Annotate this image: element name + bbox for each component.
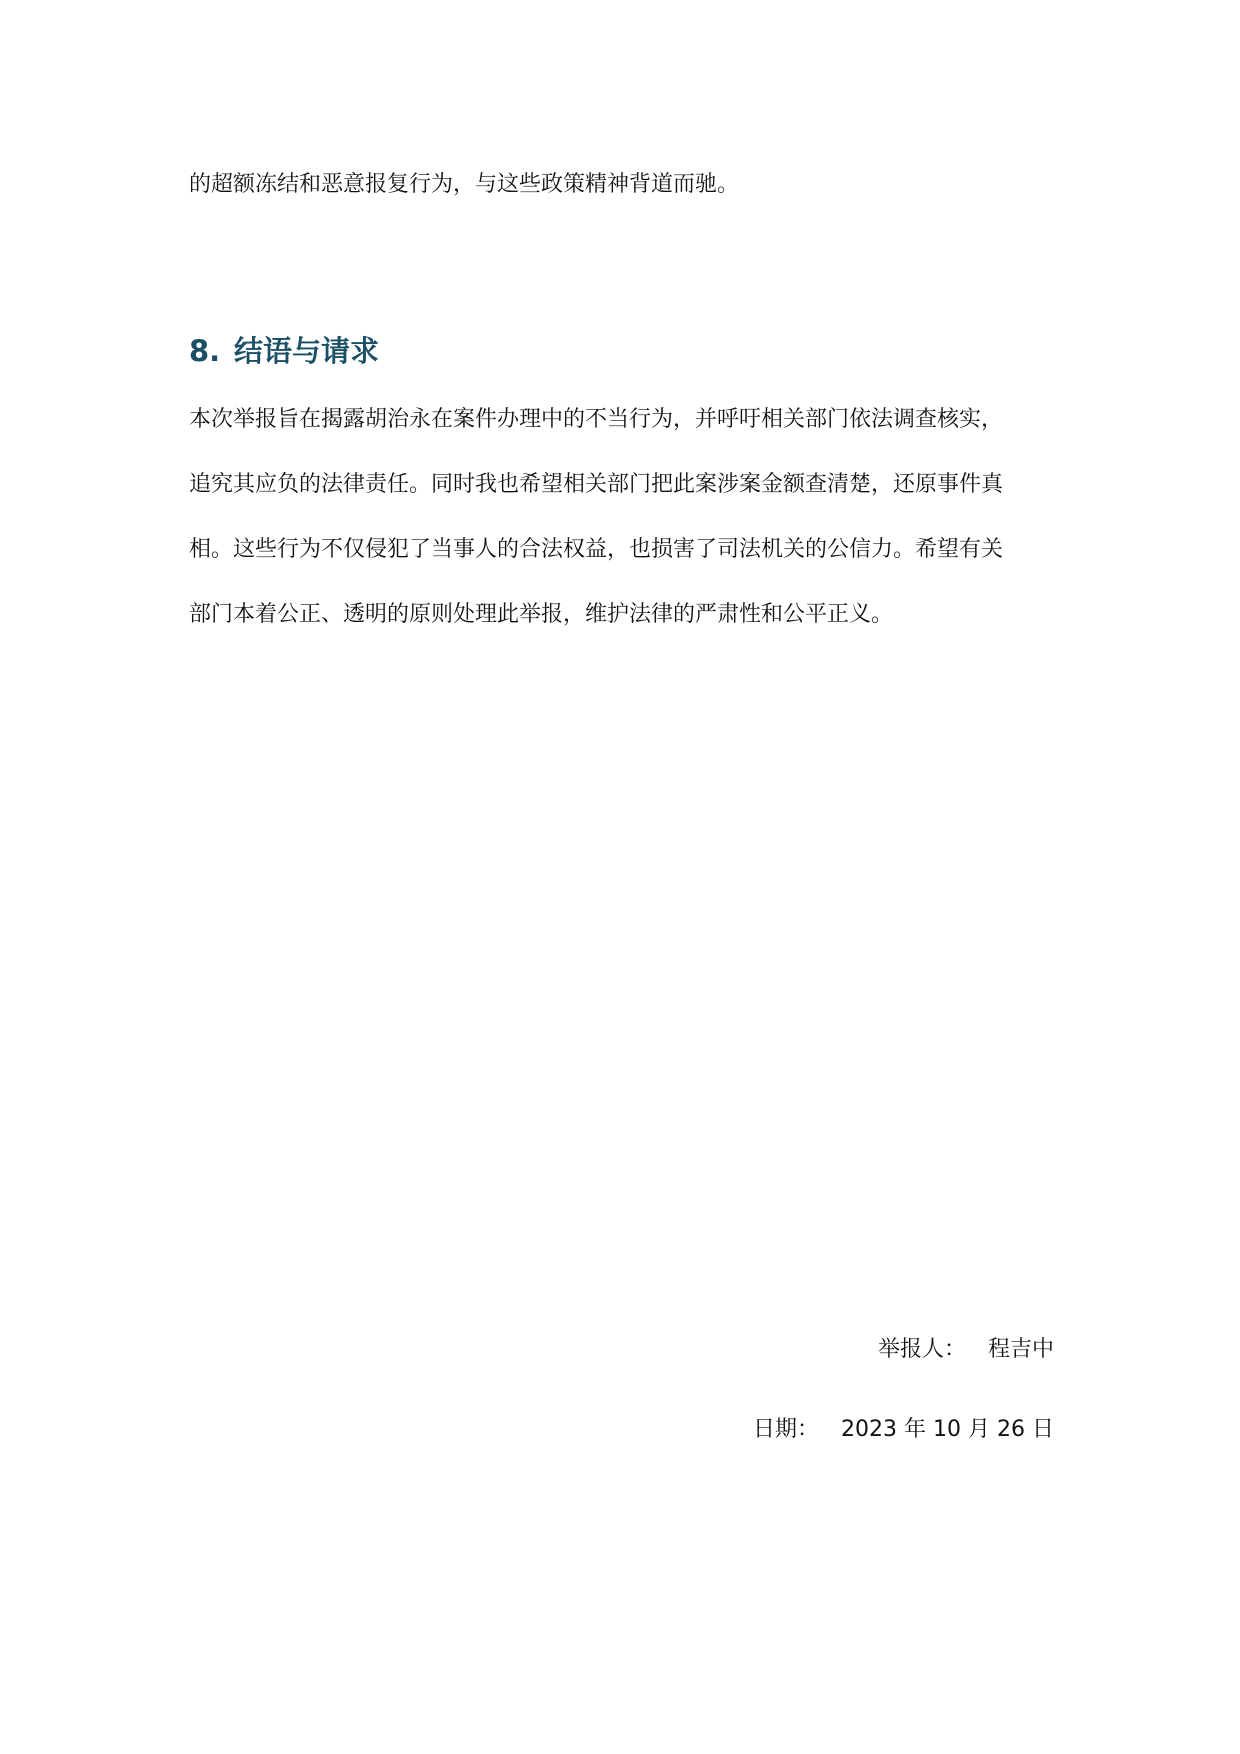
reporter-label: 举报人： [878, 1337, 966, 1362]
paragraph-line: 本次举报旨在揭露胡治永在案件办理中的不当行为，并呼吁相关部门依法调查核实， [189, 405, 1003, 435]
paragraph-line: 部门本着公正、透明的原则处理此举报，维护法律的严肃性和公平正义。 [189, 600, 893, 630]
paragraph-line: 追究其应负的法律责任。同时我也希望相关部门把此案涉案金额查清楚，还原事件真 [189, 470, 1003, 500]
carryover-paragraph-line: 的超额冻结和恶意报复行为，与这些政策精神背道而驰。 [189, 170, 739, 200]
document-page: 的超额冻结和恶意报复行为，与这些政策精神背道而驰。 8.结语与请求 本次举报旨在… [0, 0, 1240, 1754]
reporter-signature: 举报人：程吉中 [878, 1335, 1054, 1365]
section-title: 结语与请求 [234, 334, 379, 368]
section-number: 8. [189, 332, 234, 370]
date-label: 日期： [753, 1417, 819, 1442]
reporter-name: 程吉中 [988, 1337, 1054, 1362]
signature-date: 日期：2023 年 10 月 26 日 [753, 1415, 1054, 1445]
paragraph-line: 相。这些行为不仅侵犯了当事人的合法权益，也损害了司法机关的公信力。希望有关 [189, 535, 1003, 565]
section-heading: 8.结语与请求 [189, 332, 379, 370]
date-value: 2023 年 10 月 26 日 [841, 1417, 1054, 1442]
